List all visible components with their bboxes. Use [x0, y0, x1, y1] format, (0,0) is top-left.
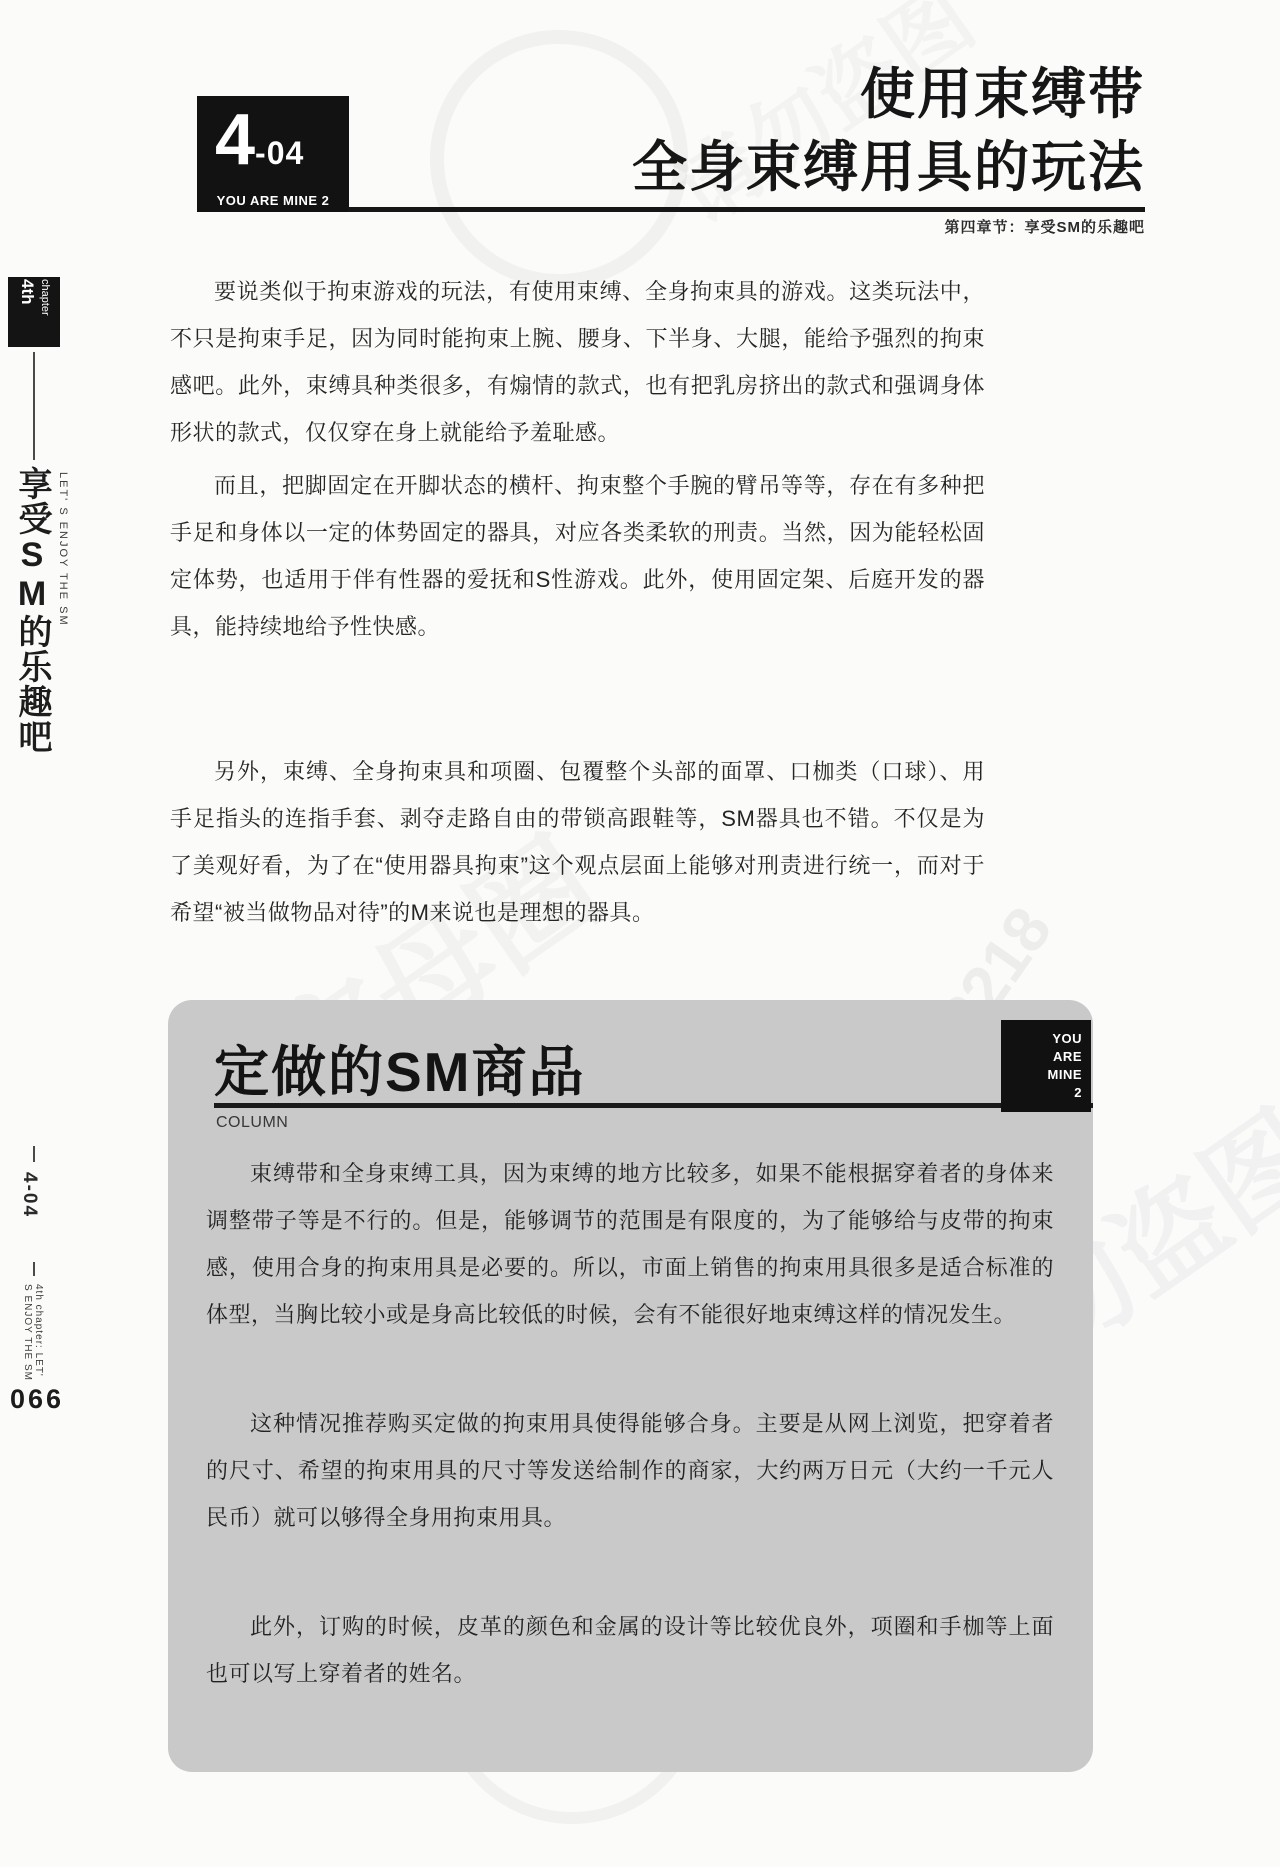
brand-label: YOU ARE MINE 2 — [197, 193, 349, 212]
chapter-number-small: -04 — [255, 135, 304, 171]
article-paragraph: 而且，把脚固定在开脚状态的横杆、拘束整个手腕的臂吊等等，存在有多种把手足和身体以… — [170, 462, 985, 650]
header-subtitle: 第四章节：享受SM的乐趣吧 — [944, 216, 1145, 237]
column-brand-badge: YOU ARE MINE 2 — [1001, 1020, 1091, 1112]
badge-line: YOU — [1052, 1030, 1082, 1048]
article-paragraph: 另外，束缚、全身拘束具和项圈、包覆整个头部的面罩、口枷类（口球）、用手足指头的连… — [170, 748, 985, 936]
page-title-line2: 全身束缚用具的玩法 — [632, 131, 1145, 204]
badge-line: 2 — [1074, 1084, 1082, 1102]
page-title: 使用束缚带 全身束缚用具的玩法 — [632, 58, 1145, 204]
sidebar-footer-ref: 4th chapter: LET' S ENJOY THE SM — [22, 1284, 44, 1388]
column-title-rule — [214, 1103, 1093, 1108]
sidebar-divider — [33, 1262, 35, 1276]
column-paragraph: 此外，订购的时候，皮革的颜色和金属的设计等比较优良外，项圈和手枷等上面也可以写上… — [206, 1603, 1054, 1697]
sidebar-chapter-tab-word: chapter — [39, 279, 51, 347]
sidebar-divider — [33, 1146, 35, 1162]
page-number: 066 — [10, 1384, 64, 1415]
page-title-line1: 使用束缚带 — [632, 58, 1145, 131]
column-label: COLUMN — [216, 1114, 288, 1132]
sidebar-chapter-tab-number: 4th — [17, 279, 37, 347]
article-paragraph: 要说类似于拘束游戏的玩法，有使用束缚、全身拘束具的游戏。这类玩法中，不只是拘束手… — [170, 268, 985, 456]
badge-line: MINE — [1048, 1066, 1083, 1084]
column-paragraph: 束缚带和全身束缚工具，因为束缚的地方比较多，如果不能根据穿着者的身体来调整带子等… — [206, 1150, 1054, 1338]
chapter-number: 4-04 — [197, 96, 349, 176]
column-paragraph: 这种情况推荐购买定做的拘束用具使得能够合身。主要是从网上浏览，把穿着者的尺寸、希… — [206, 1400, 1054, 1541]
column-box: 定做的SM商品 YOU ARE MINE 2 COLUMN 束缚带和全身束缚工具… — [168, 1000, 1093, 1772]
sidebar-chapter-title-en: LET' S ENJOY THE SM — [57, 472, 69, 752]
badge-line: ARE — [1053, 1048, 1082, 1066]
sidebar-section-ref: 4-04 — [18, 1172, 40, 1272]
sidebar-chapter-title-cn: 享受SM的乐趣吧 — [8, 466, 57, 756]
column-body: 束缚带和全身束缚工具，因为束缚的地方比较多，如果不能根据穿着者的身体来调整带子等… — [206, 1150, 1054, 1759]
header-rule — [348, 207, 1145, 212]
chapter-number-box: 4-04 YOU ARE MINE 2 — [197, 96, 349, 212]
column-title: 定做的SM商品 — [214, 1028, 586, 1107]
sidebar-chapter-tab: 4th chapter — [8, 277, 60, 347]
sidebar-divider — [33, 352, 35, 460]
chapter-number-big: 4 — [215, 100, 255, 180]
